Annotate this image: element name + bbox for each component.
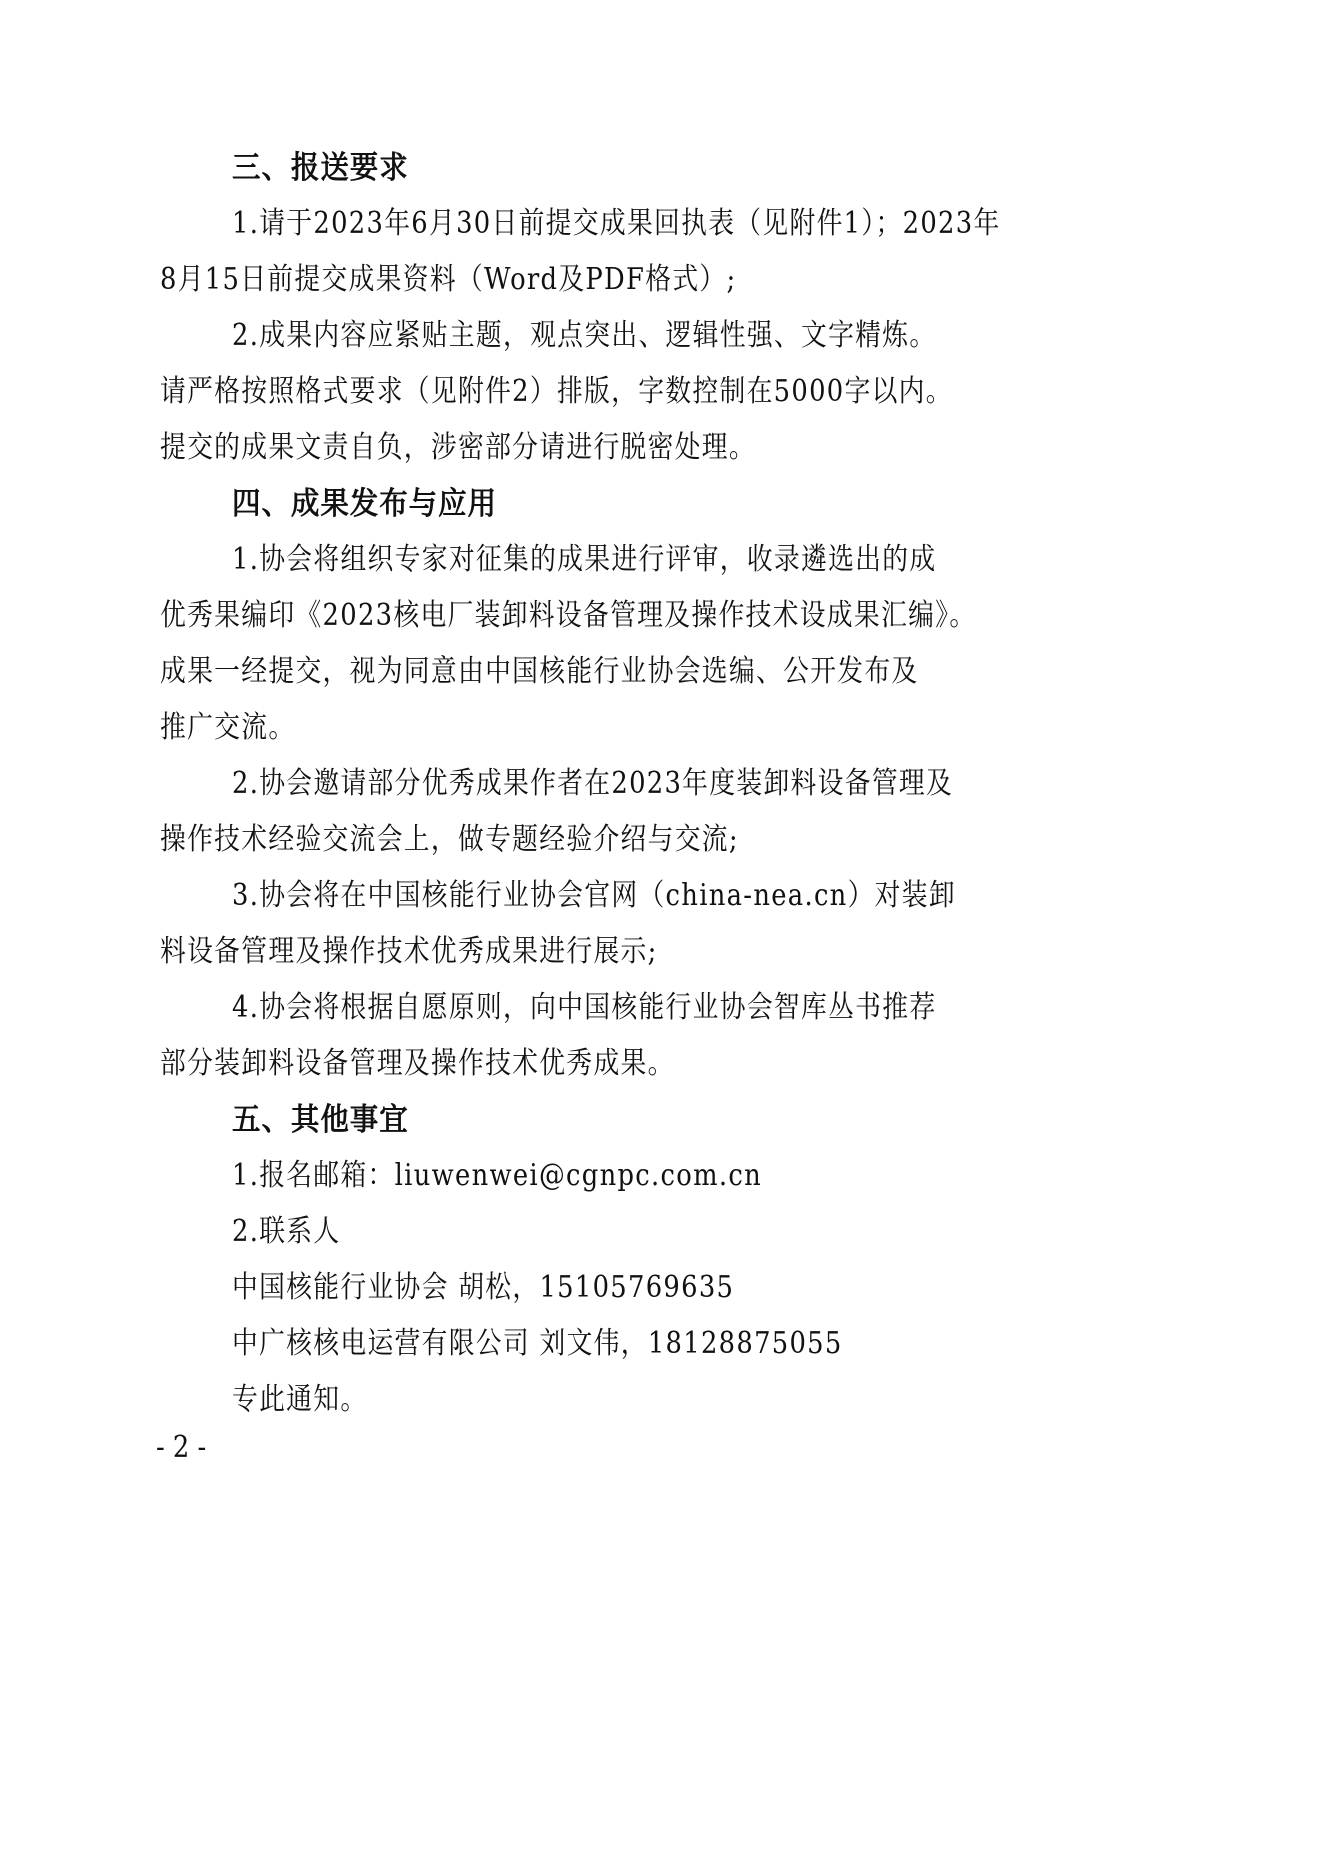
paragraph-line: 8月15日前提交成果资料（Word及PDF格式）; (160, 260, 736, 300)
contacts-label: 2.联系人 (232, 1212, 340, 1252)
document-page: 三、报送要求 1.请于2023年6月30日前提交成果回执表（见附件1）；2023… (0, 0, 1323, 1871)
paragraph-line: 3.协会将在中国核能行业协会官网（china-nea.cn）对装卸 (232, 876, 956, 916)
paragraph-line: 料设备管理及操作技术优秀成果进行展示; (160, 932, 658, 972)
paragraph-line: 1.协会将组织专家对征集的成果进行评审，收录遴选出的成 (232, 540, 936, 580)
paragraph-line: 优秀果编印《2023核电厂装卸料设备管理及操作技术设成果汇编》。 (160, 596, 976, 636)
section-heading-publication-application: 四、成果发布与应用 (232, 484, 497, 524)
paragraph-line: 提交的成果文责自负，涉密部分请进行脱密处理。 (160, 428, 756, 468)
paragraph-line: 推广交流。 (160, 708, 295, 748)
paragraph-line: 2.成果内容应紧贴主题，观点突出、逻辑性强、文字精炼。 (232, 316, 936, 356)
closing-line: 专此通知。 (232, 1380, 367, 1420)
paragraph-line: 4.协会将根据自愿原则，向中国核能行业协会智库丛书推荐 (232, 988, 936, 1028)
paragraph-line: 成果一经提交，视为同意由中国核能行业协会选编、公开发布及 (160, 652, 919, 692)
page-number: - 2 - (156, 1428, 206, 1468)
email-line: 1.报名邮箱：liuwenwei@cgnpc.com.cn (232, 1156, 762, 1196)
paragraph-line: 操作技术经验交流会上，做专题经验介绍与交流; (160, 820, 739, 860)
paragraph-line: 请严格按照格式要求（见附件2）排版，字数控制在5000字以内。 (160, 372, 953, 412)
contact-line-hu-song: 中国核能行业协会 胡松，15105769635 (232, 1268, 734, 1308)
contact-line-liu-wenwei: 中广核核电运营有限公司 刘文伟，18128875055 (232, 1324, 843, 1364)
section-heading-other-matters: 五、其他事宜 (232, 1100, 409, 1140)
paragraph-line: 1.请于2023年6月30日前提交成果回执表（见附件1）；2023年 (232, 204, 1001, 244)
section-heading-submission-requirements: 三、报送要求 (232, 148, 409, 188)
paragraph-line: 部分装卸料设备管理及操作技术优秀成果。 (160, 1044, 675, 1084)
paragraph-line: 2.协会邀请部分优秀成果作者在2023年度装卸料设备管理及 (232, 764, 953, 804)
